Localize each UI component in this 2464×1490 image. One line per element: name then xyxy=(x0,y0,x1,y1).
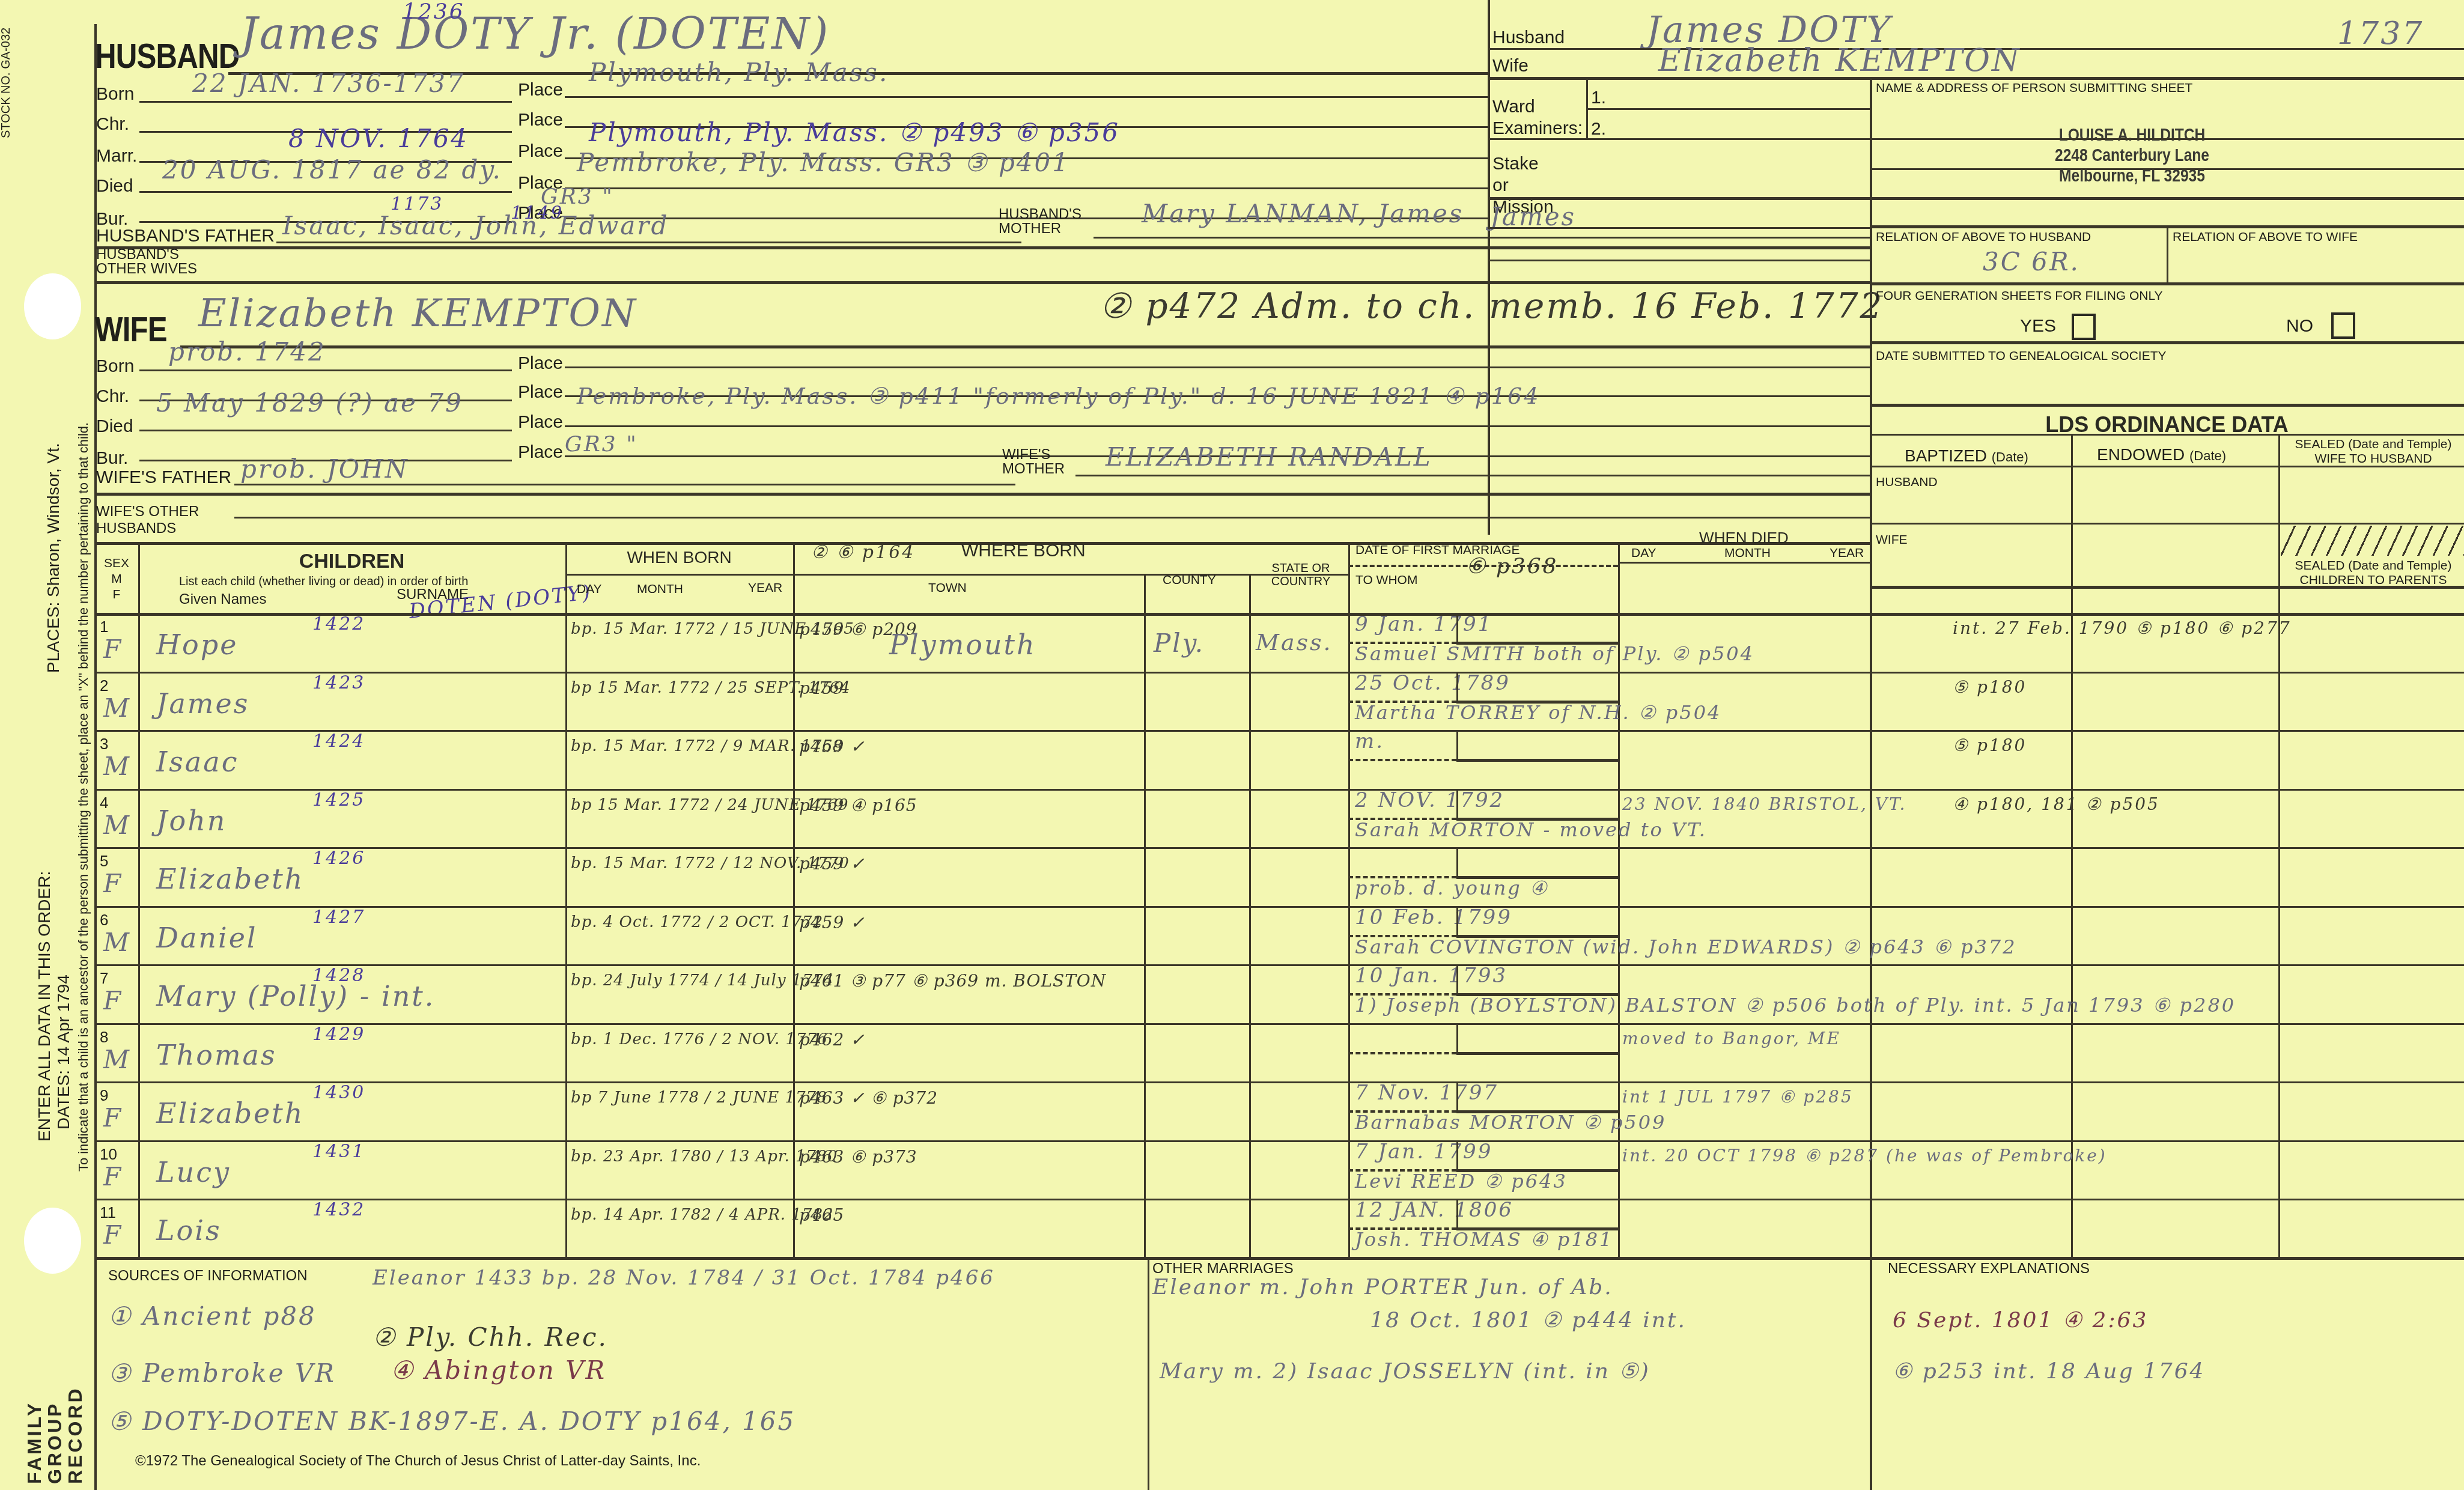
explanations-label: NECESSARY EXPLANATIONS xyxy=(1888,1262,2090,1276)
husband-born-date[interactable]: 22 JAN. 1736-1737 xyxy=(192,71,465,96)
child-born[interactable]: bp 7 June 1778 / 2 JUNE 1778 xyxy=(571,1090,827,1105)
child-lds[interactable]: ⑤ p180 xyxy=(1953,737,2027,754)
husband-father[interactable]: Isaac, Isaac, John, Edward xyxy=(282,213,669,239)
no-label: NO xyxy=(2286,317,2313,335)
child-sex[interactable]: M xyxy=(103,1047,131,1072)
husband-chr-place-label: Place xyxy=(518,111,563,129)
hatched-area xyxy=(2281,526,2464,556)
sources-label: SOURCES OF INFORMATION xyxy=(108,1269,308,1283)
child-name[interactable]: John xyxy=(156,807,227,835)
examiner-1[interactable]: 1. xyxy=(1591,89,1606,107)
no-checkbox[interactable] xyxy=(2331,312,2355,339)
child-ref[interactable]: p462 ✓ xyxy=(799,1032,865,1048)
child-row-number: 4 xyxy=(100,794,108,812)
child-row-number: 3 xyxy=(100,735,108,753)
panel-husband-year[interactable]: 1737 xyxy=(2337,18,2424,49)
child-sex[interactable]: F xyxy=(103,1105,123,1131)
child-row-number: 10 xyxy=(100,1145,117,1164)
child-county[interactable]: Ply. xyxy=(1154,631,1205,656)
yes-checkbox[interactable] xyxy=(2072,314,2096,340)
relation-husband-value[interactable]: 3C 6R. xyxy=(1983,249,2080,275)
child-died[interactable]: int. 20 OCT 1798 ⑥ p287 (he was of Pembr… xyxy=(1622,1148,2107,1164)
child-lds[interactable]: ④ p180, 181 ② p505 xyxy=(1953,796,2160,813)
husband-chr-label: Chr. xyxy=(96,115,129,133)
husband-other-wives-label: HUSBAND'S OTHER WIVES xyxy=(96,248,198,276)
child-state[interactable]: Mass. xyxy=(1256,631,1333,654)
wife-died-label: Died xyxy=(96,418,133,436)
wife-died-place-label: Place xyxy=(518,413,563,431)
child-name[interactable]: Elizabeth xyxy=(156,1099,304,1127)
child-marriage-date[interactable]: 25 Oct. 1789 xyxy=(1355,673,1510,693)
submitter-stamp: LOUISE A. HILDITCH 2248 Canterbury Lane … xyxy=(2055,125,2209,186)
husband-marr-label: Marr. xyxy=(96,147,137,165)
husband-mother[interactable]: Mary LANMAN, James xyxy=(1142,201,1464,227)
margin-instruction-places: PLACES: Sharon, Windsor, Vt. xyxy=(45,443,62,673)
child-died[interactable]: 23 NOV. 1840 BRISTOL, VT. xyxy=(1622,796,1906,813)
husband-died-label: Died xyxy=(96,177,133,195)
child-spouse[interactable]: Samuel SMITH both of Ply. ② p504 xyxy=(1355,644,1754,663)
relation-wife-label: RELATION OF ABOVE TO WIFE xyxy=(2173,231,2358,243)
wife-bur-place-label: Place xyxy=(518,443,563,461)
explanation-line-2[interactable]: ⑥ p253 int. 18 Aug 1764 xyxy=(1893,1361,2206,1382)
child-died[interactable]: moved to Bangor, ME xyxy=(1622,1030,1841,1047)
child-marriage-date[interactable]: 10 Feb. 1799 xyxy=(1355,907,1512,928)
four-gen-label: FOUR GENERATION SHEETS FOR FILING ONLY xyxy=(1876,290,2163,302)
child-id: 1422 xyxy=(312,615,365,633)
submitter-label: NAME & ADDRESS OF PERSON SUBMITTING SHEE… xyxy=(1876,82,2192,94)
lds-husband-row: HUSBAND xyxy=(1876,476,1938,488)
husband-name[interactable]: James DOTY Jr. (DOTEN) xyxy=(240,12,830,55)
form-title-vertical: FAMILY GROUP RECORD xyxy=(24,1386,85,1484)
punch-hole xyxy=(24,273,81,339)
col-when-born: WHEN BORN xyxy=(565,548,793,567)
punch-hole xyxy=(24,1208,81,1274)
child-marriage-date[interactable]: 7 Nov. 1797 xyxy=(1355,1083,1498,1103)
child-ref[interactable]: p461 ③ p77 ⑥ p369 m. BOLSTON xyxy=(799,973,1106,990)
source-item-1[interactable]: ① Ancient p88 xyxy=(108,1304,317,1329)
child-ref[interactable]: p459 ④ p165 xyxy=(799,797,917,814)
child-sex[interactable]: M xyxy=(103,813,131,838)
child-ref[interactable]: p463 ✓ ⑥ p372 xyxy=(799,1090,938,1107)
lds-sealed-children: SEALED (Date and Temple) CHILDREN TO PAR… xyxy=(2289,559,2457,588)
child-spouse[interactable]: Martha TORREY of N.H. ② p504 xyxy=(1355,703,1721,722)
child-ref[interactable]: p459 ✓ xyxy=(799,856,865,872)
child-ref[interactable]: p463 ⑥ p373 xyxy=(799,1149,917,1166)
child-spouse[interactable]: Josh. THOMAS ④ p181 xyxy=(1355,1230,1613,1249)
panel-husband-label: Husband xyxy=(1492,29,1565,47)
wife-mother[interactable]: ELIZABETH RANDALL xyxy=(1106,445,1432,470)
children-subtitle: List each child (whether living or dead)… xyxy=(179,576,468,588)
panel-wife-value[interactable]: Elizabeth KEMPTON xyxy=(1658,45,2021,76)
title-family: FAMILY xyxy=(24,1386,44,1484)
col-month: MONTH xyxy=(637,583,683,595)
yes-label: YES xyxy=(2020,317,2056,335)
col-year: YEAR xyxy=(748,582,782,594)
child-ref[interactable]: p465 xyxy=(799,1207,844,1224)
lds-sealed-wife: SEALED (Date and Temple) WIFE TO HUSBAND xyxy=(2289,437,2457,466)
wife-note[interactable]: ② p472 Adm. to ch. memb. 16 Feb. 1772 xyxy=(1100,288,1884,323)
child-name[interactable]: Hope xyxy=(156,631,238,658)
child-id: 1423 xyxy=(312,674,365,692)
source-item-2[interactable]: ② Ply. Chh. Rec. xyxy=(373,1325,608,1350)
col-sex-header: SEXMF xyxy=(99,556,135,603)
wife-chr-place-label: Place xyxy=(518,383,563,401)
child-name[interactable]: Daniel xyxy=(156,924,258,952)
source-item-4[interactable]: ④ Abington VR xyxy=(391,1358,606,1383)
wife-father-label: WIFE'S FATHER xyxy=(96,469,231,487)
child-ref[interactable]: p459 xyxy=(799,680,844,697)
child-name[interactable]: Lucy xyxy=(156,1158,231,1186)
child-row-number: 9 xyxy=(100,1086,108,1105)
child-marriage-date[interactable]: 9 Jan. 1791 xyxy=(1355,614,1492,634)
col-where-born: WHERE BORN xyxy=(961,541,1086,561)
child-id: 1424 xyxy=(312,732,365,750)
other-marriages-label: OTHER MARRIAGES xyxy=(1152,1262,1294,1276)
child-row-number: 7 xyxy=(100,969,108,988)
col-given-names: Given Names xyxy=(179,592,266,607)
child-id: 1431 xyxy=(312,1143,365,1161)
wife-mother-label: WIFE'S MOTHER xyxy=(1002,448,1074,476)
child-name[interactable]: Thomas xyxy=(156,1041,277,1069)
margin-instruction-order: ENTER ALL DATA IN THIS ORDER: xyxy=(36,871,53,1142)
husband-id: 1236 xyxy=(403,1,465,23)
copyright: ©1972 The Genealogical Society of The Ch… xyxy=(135,1454,701,1468)
wife-died-date[interactable]: 5 May 1829 (?) ae 79 xyxy=(156,391,463,416)
lds-wife-row: WIFE xyxy=(1876,534,1908,546)
husband-mother-label: HUSBAND'S MOTHER xyxy=(999,207,1089,236)
husband-father-id-2: 1149 xyxy=(511,204,564,222)
child-born[interactable]: bp. 4 Oct. 1772 / 2 OCT. 1772 xyxy=(571,914,823,930)
child-id: 1427 xyxy=(312,908,365,926)
child-sex[interactable]: F xyxy=(103,637,123,662)
col-town: TOWN xyxy=(928,582,967,594)
child-row-number: 1 xyxy=(100,618,108,636)
child-sex[interactable]: M xyxy=(103,696,131,721)
child-name[interactable]: Mary (Polly) - int. xyxy=(156,982,435,1010)
col-died-day: DAY xyxy=(1631,547,1656,559)
child-marriage-date[interactable]: 12 JAN. 1806 xyxy=(1355,1200,1513,1220)
child-row-number: 2 xyxy=(100,677,108,695)
title-group: GROUP xyxy=(44,1386,65,1484)
submitter-name: LOUISE A. HILDITCH xyxy=(2055,125,2209,145)
stake-value[interactable]: James xyxy=(1490,204,1576,230)
child-name[interactable]: James xyxy=(156,690,249,717)
date-submitted-label: DATE SUBMITTED TO GENEALOGICAL SOCIETY xyxy=(1876,350,2166,362)
child-sex[interactable]: F xyxy=(103,1223,123,1248)
relation-husband-label: RELATION OF ABOVE TO HUSBAND xyxy=(1876,231,2091,243)
lds-baptized: BAPTIZED (Date) xyxy=(1905,448,2028,464)
wife-other-husbands-label: WIFE'S OTHER HUSBANDS xyxy=(96,503,204,537)
margin-ancestor-note: To indicate that a child is an ancestor … xyxy=(77,422,90,1172)
child-ref[interactable]: p459 ✓ xyxy=(799,738,865,755)
child-marriage-date[interactable]: 2 NOV. 1792 xyxy=(1355,790,1504,810)
ward-examiners-label: Ward Examiners: xyxy=(1492,96,1583,139)
wife-bur-label: Bur. xyxy=(96,449,128,467)
child-row-number: 11 xyxy=(100,1203,116,1222)
sources-extra-child[interactable]: Eleanor 1433 bp. 28 Nov. 1784 / 31 Oct. … xyxy=(373,1268,995,1288)
child-spouse[interactable]: Levi REED ② p643 xyxy=(1355,1172,1568,1191)
husband-father-id-1: 1173 xyxy=(391,195,443,213)
other-marriage-line-3[interactable]: Mary m. 2) Isaac JOSSELYN (int. in ⑤) xyxy=(1160,1361,1650,1382)
husband-marr-place[interactable]: Plymouth, Ply. Mass. ② p493 ⑥ p356 xyxy=(589,120,1120,145)
source-item-5[interactable]: ⑤ DOTY-DOTEN BK-1897-E. A. DOTY p164, 16… xyxy=(108,1409,795,1434)
source-item-3[interactable]: ③ Pembroke VR xyxy=(108,1361,336,1386)
where-born-ref: ② ⑥ p164 xyxy=(811,544,915,562)
marriage-ref: ⑥ p368 xyxy=(1466,556,1558,577)
child-born[interactable]: bp. 14 Apr. 1782 / 4 APR. 1782 xyxy=(571,1207,834,1223)
wife-section-label: WIFE xyxy=(95,309,167,350)
husband-born-label: Born xyxy=(96,85,134,103)
child-sex[interactable]: F xyxy=(103,1164,123,1190)
child-spouse[interactable]: Sarah COVINGTON (wid. John EDWARDS) ② p6… xyxy=(1355,937,2017,956)
col-when-died: WHEN DIED xyxy=(1618,529,1870,547)
child-spouse[interactable]: prob. d. young ④ xyxy=(1355,878,1549,898)
child-spouse[interactable]: 1) Joseph (BOYLSTON) BALSTON ② p506 both… xyxy=(1355,996,2236,1015)
child-marriage-date[interactable]: m. xyxy=(1355,731,1384,752)
child-id: 1426 xyxy=(312,850,365,868)
col-state: STATE OR COUNTRY xyxy=(1256,562,1346,588)
child-marriage-date[interactable]: 7 Jan. 1799 xyxy=(1355,1142,1492,1162)
col-to-whom: TO WHOM xyxy=(1355,574,1417,586)
child-born[interactable]: bp. 23 Apr. 1780 / 13 Apr. 1780 xyxy=(571,1149,838,1164)
other-marriage-line-1[interactable]: Eleanor m. John PORTER Jun. of Ab. xyxy=(1152,1277,1613,1298)
col-county: COUNTY xyxy=(1163,574,1216,586)
child-sex[interactable]: F xyxy=(103,988,123,1014)
child-sex[interactable]: F xyxy=(103,871,123,896)
child-lds[interactable]: ⑤ p180 xyxy=(1953,679,2027,696)
child-sex[interactable]: M xyxy=(103,754,131,779)
wife-died-place[interactable]: Pembroke, Ply. Mass. ③ p411 "formerly of… xyxy=(577,385,1540,407)
child-born[interactable]: bp. 1 Dec. 1776 / 2 NOV. 1776 xyxy=(571,1032,828,1047)
wife-chr-label: Chr. xyxy=(96,388,129,406)
col-died-month: MONTH xyxy=(1724,547,1771,559)
col-day: DAY xyxy=(577,583,602,595)
child-row-number: 5 xyxy=(100,852,108,871)
husband-born-place[interactable]: Plymouth, Ply. Mass. xyxy=(589,60,889,85)
examiner-2[interactable]: 2. xyxy=(1591,120,1606,138)
margin-instruction-dates: DATES: 14 Apr 1794 xyxy=(55,975,72,1130)
title-record: RECORD xyxy=(65,1386,85,1484)
child-spouse[interactable]: Barnabas MORTON ② p509 xyxy=(1355,1113,1666,1132)
child-ref[interactable]: p459 ✓ xyxy=(799,914,865,931)
child-id: 1429 xyxy=(312,1026,365,1044)
child-id: 1432 xyxy=(312,1201,365,1219)
child-sex[interactable]: M xyxy=(103,930,131,955)
submitter-street: 2248 Canterbury Lane xyxy=(2055,145,2209,166)
husband-died-date[interactable]: 20 AUG. 1817 ae 82 dy. xyxy=(162,157,502,183)
wife-born-date[interactable]: prob. 1742 xyxy=(168,339,326,365)
lds-endowed: ENDOWED (Date) xyxy=(2097,446,2226,463)
explanation-line-1[interactable]: 6 Sept. 1801 ④ 2:63 xyxy=(1893,1310,2148,1331)
wife-born-label: Born xyxy=(96,357,134,376)
wife-born-place-label: Place xyxy=(518,354,563,372)
child-name[interactable]: Elizabeth xyxy=(156,865,304,893)
wife-bur-place[interactable]: GR3 " xyxy=(565,434,638,455)
wife-father[interactable]: prob. JOHN xyxy=(240,457,409,482)
child-spouse[interactable]: Sarah MORTON - moved to VT. xyxy=(1355,820,1707,839)
child-name[interactable]: Lois xyxy=(156,1217,222,1244)
stock-number: STOCK NO. GA-032 xyxy=(0,28,12,138)
child-died[interactable]: int 1 JUL 1797 ⑥ p285 xyxy=(1622,1089,1854,1105)
husband-died-place[interactable]: Pembroke, Ply. Mass. GR3 ③ p401 xyxy=(577,150,1070,175)
col-died-year: YEAR xyxy=(1830,547,1864,559)
child-id: 1428 xyxy=(312,967,365,985)
child-id: 1425 xyxy=(312,791,365,809)
child-born[interactable]: bp. 24 July 1774 / 14 July 1774 xyxy=(571,973,834,988)
child-town[interactable]: Plymouth xyxy=(889,631,1036,658)
husband-father-label: HUSBAND'S FATHER xyxy=(96,227,275,245)
child-row-number: 6 xyxy=(100,911,108,929)
husband-born-place-label: Place xyxy=(518,81,563,99)
child-name[interactable]: Isaac xyxy=(156,748,239,776)
husband-marr-date[interactable]: 8 NOV. 1764 xyxy=(288,126,469,151)
child-lds[interactable]: int. 27 Feb. 1790 ⑤ p180 ⑥ p277 xyxy=(1953,620,2292,637)
children-title: CHILDREN xyxy=(138,550,565,573)
child-id: 1430 xyxy=(312,1084,365,1102)
husband-marr-place-label: Place xyxy=(518,142,563,160)
wife-name[interactable]: Elizabeth KEMPTON xyxy=(198,294,637,333)
other-marriage-line-2[interactable]: 18 Oct. 1801 ② p444 int. xyxy=(1370,1310,1687,1331)
child-row-number: 8 xyxy=(100,1028,108,1047)
panel-wife-label: Wife xyxy=(1492,57,1529,75)
child-marriage-date[interactable]: 10 Jan. 1793 xyxy=(1355,965,1507,986)
